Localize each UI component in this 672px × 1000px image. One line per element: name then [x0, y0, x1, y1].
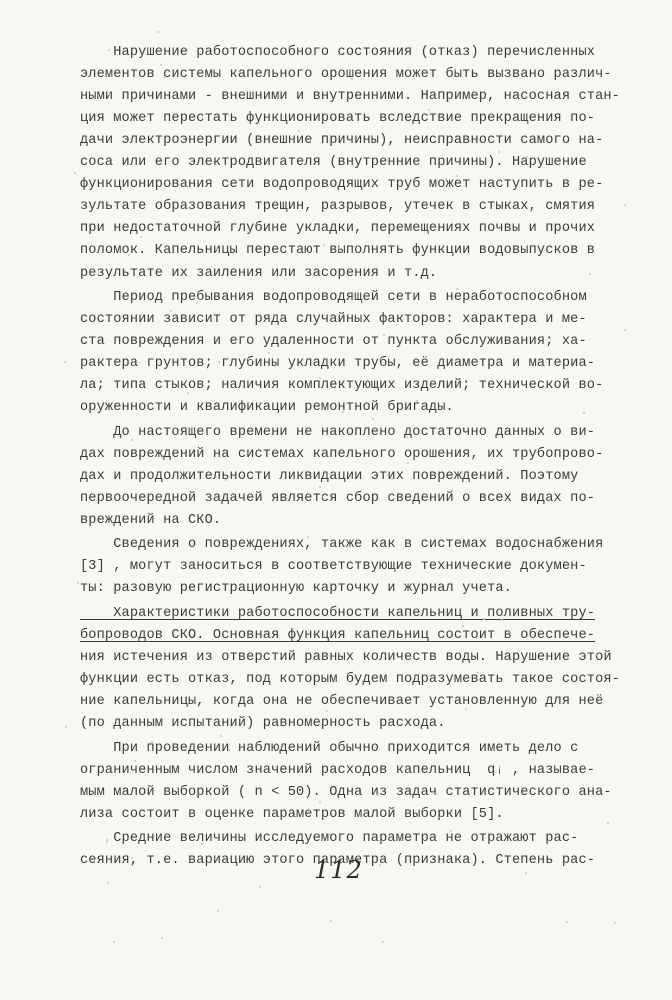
text-line: ста повреждения и его удаленности от пун… — [80, 334, 587, 350]
paper-speck — [435, 793, 437, 795]
text-line: зультате образования трещин, разрывов, у… — [80, 199, 595, 215]
text-line: ограниченным числом значений расходов ка… — [80, 763, 595, 779]
text-line: ния истечения из отверстий равных количе… — [80, 650, 612, 666]
paper-speck — [161, 937, 163, 939]
section-heading-line: бопроводов СКО. Основная функция капельн… — [80, 628, 595, 644]
text-line: При проведении наблюдений обычно приходи… — [80, 741, 578, 757]
paper-speck — [354, 677, 356, 679]
page-number: 112 — [314, 856, 363, 884]
paper-speck — [251, 359, 253, 361]
text-line: Сведения о повреждениях, также как в сис… — [80, 537, 603, 553]
text-line: вреждений на СКО. — [80, 513, 221, 529]
paper-speck — [228, 749, 230, 751]
paper-speck — [595, 654, 597, 656]
text-line: До настоящего времени не накоплено доста… — [80, 425, 595, 441]
paper-speck — [589, 273, 591, 275]
text-line: состоянии зависит от ряда случайных факт… — [80, 312, 587, 328]
paper-speck — [220, 735, 222, 737]
paper-speck — [416, 400, 418, 402]
paper-speck — [64, 361, 66, 363]
text-line: оруженности и квалификации ремонтной бри… — [80, 400, 454, 416]
paper-speck — [406, 436, 408, 438]
paper-speck — [407, 462, 409, 464]
text-line: при недостаточной глубине укладки, перем… — [80, 221, 595, 237]
paper-speck — [113, 941, 115, 943]
paper-speck — [450, 830, 452, 832]
paper-speck — [170, 310, 172, 312]
text-line: результате их заиления или засорения и т… — [80, 266, 437, 282]
paper-speck — [382, 941, 384, 943]
text-line: Период пребывания водопроводящей сети в … — [80, 290, 587, 306]
paper-speck — [107, 882, 109, 884]
paper-speck — [109, 93, 111, 95]
text-line: [3] , могут заноситься в соответствующие… — [80, 559, 587, 575]
paper-speck — [508, 631, 510, 633]
paper-speck — [338, 247, 340, 249]
text-line: поломок. Капельницы перестают выполнять … — [80, 243, 595, 259]
text-line: (по данным испытаний) равномерность расх… — [80, 716, 446, 732]
document-page: Нарушение работоспособного состояния (от… — [0, 0, 672, 1000]
text-line: ными причинами - внешними и внутренними.… — [80, 89, 620, 105]
paper-speck — [268, 352, 270, 354]
text-line: дачи электроэнергии (внешние причины), н… — [80, 133, 603, 149]
paper-speck — [462, 625, 464, 627]
text-line: первоочередной задачей является сбор све… — [80, 491, 595, 507]
paper-speck — [217, 910, 219, 912]
text-line: Нарушение работоспособного состояния (от… — [80, 45, 595, 61]
paper-speck — [624, 329, 626, 331]
paper-speck — [498, 151, 500, 153]
text-line: ла; типа стыков; наличия комплектующих и… — [80, 378, 603, 394]
paper-speck — [65, 726, 67, 728]
paper-speck — [134, 760, 136, 762]
paper-speck — [525, 872, 527, 874]
paper-speck — [614, 922, 616, 924]
paper-speck — [383, 334, 385, 336]
paper-speck — [196, 794, 198, 796]
paper-speck — [218, 361, 220, 363]
paper-speck — [259, 886, 261, 888]
text-line: дах повреждений на системах капельного о… — [80, 447, 603, 463]
paper-speck — [408, 408, 410, 410]
text-line: соса или его электродвигателя (внутренни… — [80, 155, 587, 171]
text-line: ты: разовую регистрационную карточку и ж… — [80, 581, 512, 597]
text-line: элементов системы капельного орошения мо… — [80, 67, 612, 83]
paper-speck — [74, 172, 76, 174]
paper-speck — [164, 76, 166, 78]
paper-speck — [566, 921, 568, 923]
paper-speck — [583, 412, 585, 414]
paper-speck — [326, 710, 328, 712]
paper-speck — [298, 130, 300, 132]
paper-speck — [451, 489, 453, 491]
text-line: ние капельницы, когда она не обеспечивае… — [80, 694, 603, 710]
text-line: мым малой выборкой ( n < 50). Одна из за… — [80, 785, 612, 801]
paper-speck — [140, 236, 142, 238]
paper-speck — [187, 392, 189, 394]
paper-speck — [157, 31, 159, 33]
text-line: дах и продолжительности ликвидации этих … — [80, 469, 578, 485]
paper-speck — [379, 864, 381, 866]
paper-speck — [131, 857, 133, 859]
section-heading-line: Характеристики работоспособности капельн… — [80, 606, 595, 622]
paper-speck — [216, 248, 218, 250]
paper-speck — [323, 244, 325, 246]
paper-speck — [558, 164, 560, 166]
text-line: ция может перестать функционировать всле… — [80, 111, 595, 127]
paper-speck — [319, 486, 321, 488]
paper-speck — [151, 741, 153, 743]
text-line: функционирования сети водопроводящих тру… — [80, 177, 603, 193]
paper-speck — [372, 418, 374, 420]
paper-speck — [607, 822, 609, 824]
paper-speck — [326, 113, 328, 115]
text-line: рактера грунтов; глубины укладки трубы, … — [80, 356, 595, 372]
paper-speck — [330, 920, 332, 922]
paper-speck — [329, 833, 331, 835]
paper-speck — [501, 619, 503, 621]
text-line: лиза состоит в оценке параметров малой в… — [80, 807, 504, 823]
paper-speck — [106, 841, 108, 843]
text-line: функции есть отказ, под которым будем по… — [80, 672, 620, 688]
paper-speck — [319, 801, 321, 803]
paper-speck — [624, 204, 626, 206]
